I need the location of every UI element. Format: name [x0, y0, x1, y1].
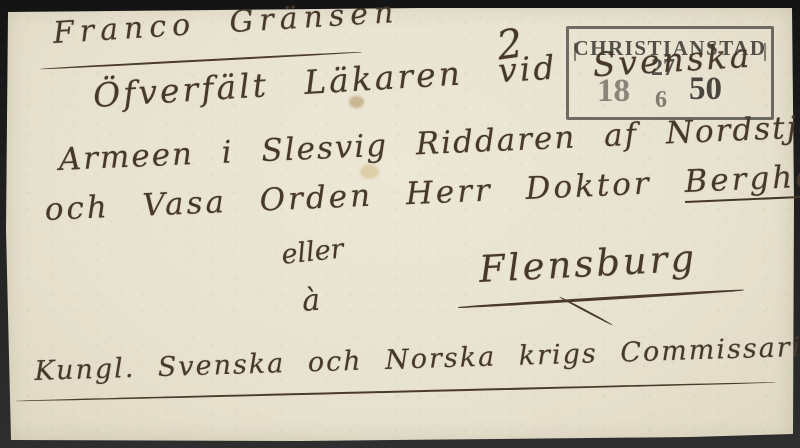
postmark-month: 6 [655, 87, 667, 114]
connector-word-top: eller [280, 234, 345, 271]
connector-word-bottom: à [301, 283, 321, 319]
addressee-surname: Bergholtz [684, 156, 800, 203]
